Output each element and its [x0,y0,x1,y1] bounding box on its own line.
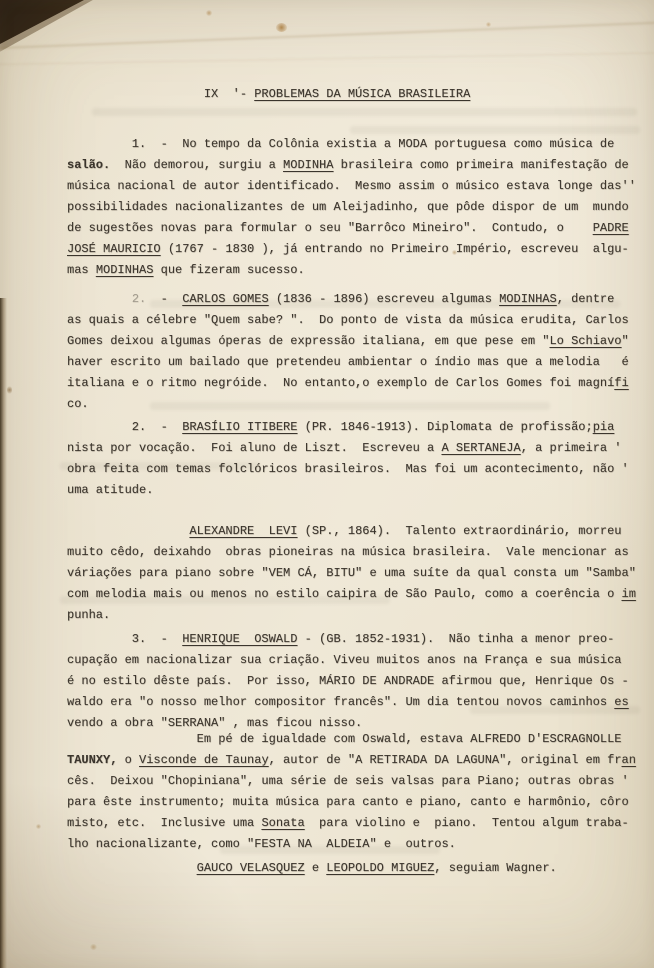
paragraph-3-line: nista por vocação. Foi aluno de Liszt. E… [67,438,647,459]
paragraph-1: 1. - No tempo da Colônia existia a MODA … [67,134,647,281]
text-segment: MODINHA [283,158,333,172]
text-segment: 2. [132,292,146,306]
text-segment: vendo a obra "SERRANA" , mas ficou nisso… [67,716,362,730]
text-segment: - [146,292,182,306]
text-segment: GAUCO VELASQUEZ [197,861,305,875]
text-segment: LEOPOLDO MIGUEZ [326,861,434,875]
text-segment: é no estilo dêste país. Por isso, MÁRIO … [67,674,629,688]
paper-stain [486,22,491,27]
text-segment: waldo era "o nosso melhor compositor fra… [67,695,614,709]
paper-stain [36,824,41,829]
paragraph-6-line: cês. Deixou "Chopiniana", uma série de s… [67,771,647,792]
text-segment: - (GB. 1852-1931). Não tinha a menor pre… [297,632,614,646]
text-segment: im [622,587,636,601]
paper-crease [0,52,654,65]
text-segment: , a primeira ' [521,441,622,455]
text-segment: possibilidades nacionalizantes de um Ale… [67,200,629,214]
text-segment [67,292,132,306]
paragraph-5: 3. - HENRIQUE OSWALD - (GB. 1852-1931). … [67,629,647,734]
text-segment: Gomes deixou algumas óperas de expressão… [67,334,549,348]
text-segment: as quais a célebre "Quem sabe? ". Do pon… [67,313,629,327]
text-segment: Não demorou, surgiu a [110,158,283,172]
text-segment [67,524,189,538]
paragraph-4-line: punha. [67,605,647,626]
text-segment: , seguiam Wagner. [434,861,556,875]
paragraph-6: Em pé de igualdade com Oswald, estava AL… [67,729,647,855]
page-title: IX '- PROBLEMAS DA MÚSICA BRASILEIRA [67,84,647,105]
paper-stain [206,10,212,16]
closing-line: GAUCO VELASQUEZ e LEOPOLDO MIGUEZ, segui… [67,858,647,879]
text-segment: PADRE [593,221,629,235]
bleedthrough-text-ghost [92,108,637,116]
text-segment: obra feita com temas folclóricos brasile… [67,462,629,476]
paragraph-2-line: 2. - CARLOS GOMES (1836 - 1896) escreveu… [67,289,647,310]
text-segment: (1767 - 1830 ), já entrando no Primeiro … [161,242,629,256]
paragraph-3-line: uma atitude. [67,480,647,501]
text-segment: Em pé de igualdade com Oswald, estava AL… [67,732,622,746]
text-segment: co. [67,397,89,411]
text-segment: TAUNXY, [67,753,117,767]
paper-stain [90,944,97,950]
closing-paragraph: GAUCO VELASQUEZ e LEOPOLDO MIGUEZ, segui… [67,858,647,879]
text-segment: punha. [67,608,110,622]
paragraph-6-line: TAUNXY, o Visconde de Taunay, autor de "… [67,750,647,771]
page-left-edge [0,298,7,968]
text-segment: de sugestões novas para formular o seu "… [67,221,593,235]
text-segment: ALEXANDRE LEVI [189,524,297,538]
paragraph-6-line: para êste instrumento; muita música para… [67,792,647,813]
text-segment: italiana e o ritmo negróide. No entanto,… [67,376,614,390]
text-segment: cupação em nacionalizar sua criação. Viv… [67,653,622,667]
paragraph-2: 2. - CARLOS GOMES (1836 - 1896) escreveu… [67,289,647,415]
paragraph-5-line: 3. - HENRIQUE OSWALD - (GB. 1852-1931). … [67,629,647,650]
text-segment: " [622,334,629,348]
text-segment: para êste instrumento; muita música para… [67,795,629,809]
text-segment: , dentre [557,292,615,306]
text-segment: e [305,861,327,875]
paragraph-1-line: mas MODINHAS que fizeram sucesso. [67,260,647,281]
text-segment: misto, etc. Inclusive uma [67,816,261,830]
paragraph-5-line: waldo era "o nosso melhor compositor fra… [67,692,647,713]
paragraph-3-line: obra feita com temas folclóricos brasile… [67,459,647,480]
paragraph-6-line: Em pé de igualdade com Oswald, estava AL… [67,729,647,750]
page-title-line: IX '- PROBLEMAS DA MÚSICA BRASILEIRA [67,84,647,105]
text-segment [67,861,197,875]
paragraph-5-line: é no estilo dêste país. Por isso, MÁRIO … [67,671,647,692]
text-segment: IX '- [67,87,254,101]
paragraph-1-line: 1. - No tempo da Colônia existia a MODA … [67,134,647,155]
text-segment: 3. - [67,632,182,646]
paragraph-2-line: co. [67,394,647,415]
text-segment: música nacional de autor identificado. M… [67,179,636,193]
text-segment: (1836 - 1896) escreveu algumas [269,292,499,306]
text-segment: (SP., 1864). Talento extraordinário, mor… [297,524,621,538]
text-segment: CARLOS GOMES [182,292,268,306]
text-segment: pia [593,420,615,434]
text-segment: com melodia mais ou menos no estilo caip… [67,587,622,601]
text-segment: MODINHAS [96,263,154,277]
paragraph-6-line: misto, etc. Inclusive uma Sonata para vi… [67,813,647,834]
paragraph-1-line: possibilidades nacionalizantes de um Ale… [67,197,647,218]
text-segment: 2. - [67,420,182,434]
document-page: IX '- PROBLEMAS DA MÚSICA BRASILEIRA 1. … [0,0,654,968]
text-segment: o [117,753,139,767]
paper-stain [276,23,287,32]
text-segment: HENRIQUE OSWALD [182,632,297,646]
text-segment: MODINHAS [499,292,557,306]
text-segment: PROBLEMAS DA MÚSICA BRASILEIRA [254,87,470,101]
paragraph-1-line: salão. Não demorou, surgiu a MODINHA bra… [67,155,647,176]
paragraph-6-line: lho nacionalizante, como "FESTA NA ALDEI… [67,834,647,855]
paragraph-1-line: JOSÉ MAURICIO (1767 - 1830 ), já entrand… [67,239,647,260]
scanned-document: IX '- PROBLEMAS DA MÚSICA BRASILEIRA 1. … [0,0,654,968]
paragraph-1-line: de sugestões novas para formular o seu "… [67,218,647,239]
text-segment: brasileira como primeira manifestação de [333,158,628,172]
paragraph-4-line: váriações para piano sobre "VEM CÁ, BITU… [67,563,647,584]
text-segment: BRASÍLIO ITIBERE [182,420,297,434]
paragraph-1-line: música nacional de autor identificado. M… [67,176,647,197]
text-segment: , autor de "A RETIRADA DA LAGUNA", origi… [269,753,622,767]
text-segment: cês. Deixou "Chopiniana", uma série de s… [67,774,629,788]
paragraph-4: ALEXANDRE LEVI (SP., 1864). Talento extr… [67,521,647,626]
text-segment: para violino e piano. Tentou algum traba… [305,816,629,830]
paragraph-2-line: as quais a célebre "Quem sabe? ". Do pon… [67,310,647,331]
text-segment: Lo Schiavo [549,334,621,348]
text-segment: es [614,695,628,709]
paragraph-3-line: 2. - BRASÍLIO ITIBERE (PR. 1846-1913). D… [67,417,647,438]
paragraph-4-line: muito cêdo, deixahdo obras pioneiras na … [67,542,647,563]
paragraph-5-line: cupação em nacionalizar sua criação. Viv… [67,650,647,671]
text-segment: Visconde de Taunay [139,753,269,767]
text-segment: lho nacionalizante, como "FESTA NA ALDEI… [67,837,456,851]
paper-stain [7,386,12,394]
paragraph-2-line: Gomes deixou algumas óperas de expressão… [67,331,647,352]
text-segment: haver escrito um bailado que pretendeu a… [67,355,629,369]
text-segment: váriações para piano sobre "VEM CÁ, BITU… [67,566,636,580]
text-segment: muito cêdo, deixahdo obras pioneiras na … [67,545,629,559]
text-segment: 1. - No tempo da Colônia existia a MODA … [67,137,614,151]
paper-crease [0,21,654,50]
text-segment: A SERTANEJA [441,441,520,455]
text-segment: uma atitude. [67,483,153,497]
paragraph-4-line: com melodia mais ou menos no estilo caip… [67,584,647,605]
text-segment: an [622,753,636,767]
text-segment: fi [614,376,628,390]
text-segment: (PR. 1846-1913). Diplomata de profissão; [297,420,592,434]
text-segment: JOSÉ MAURICIO [67,242,161,256]
text-segment: Sonata [261,816,304,830]
bleedthrough-text-ghost [350,126,640,134]
paragraph-2-line: italiana e o ritmo negróide. No entanto,… [67,373,647,394]
paragraph-2-line: haver escrito um bailado que pretendeu a… [67,352,647,373]
text-segment: nista por vocação. Foi aluno de Liszt. E… [67,441,441,455]
paragraph-4-line: ALEXANDRE LEVI (SP., 1864). Talento extr… [67,521,647,542]
text-segment: mas [67,263,96,277]
text-segment: que fizeram sucesso. [153,263,304,277]
text-segment: salão. [67,158,110,172]
paragraph-3: 2. - BRASÍLIO ITIBERE (PR. 1846-1913). D… [67,417,647,501]
